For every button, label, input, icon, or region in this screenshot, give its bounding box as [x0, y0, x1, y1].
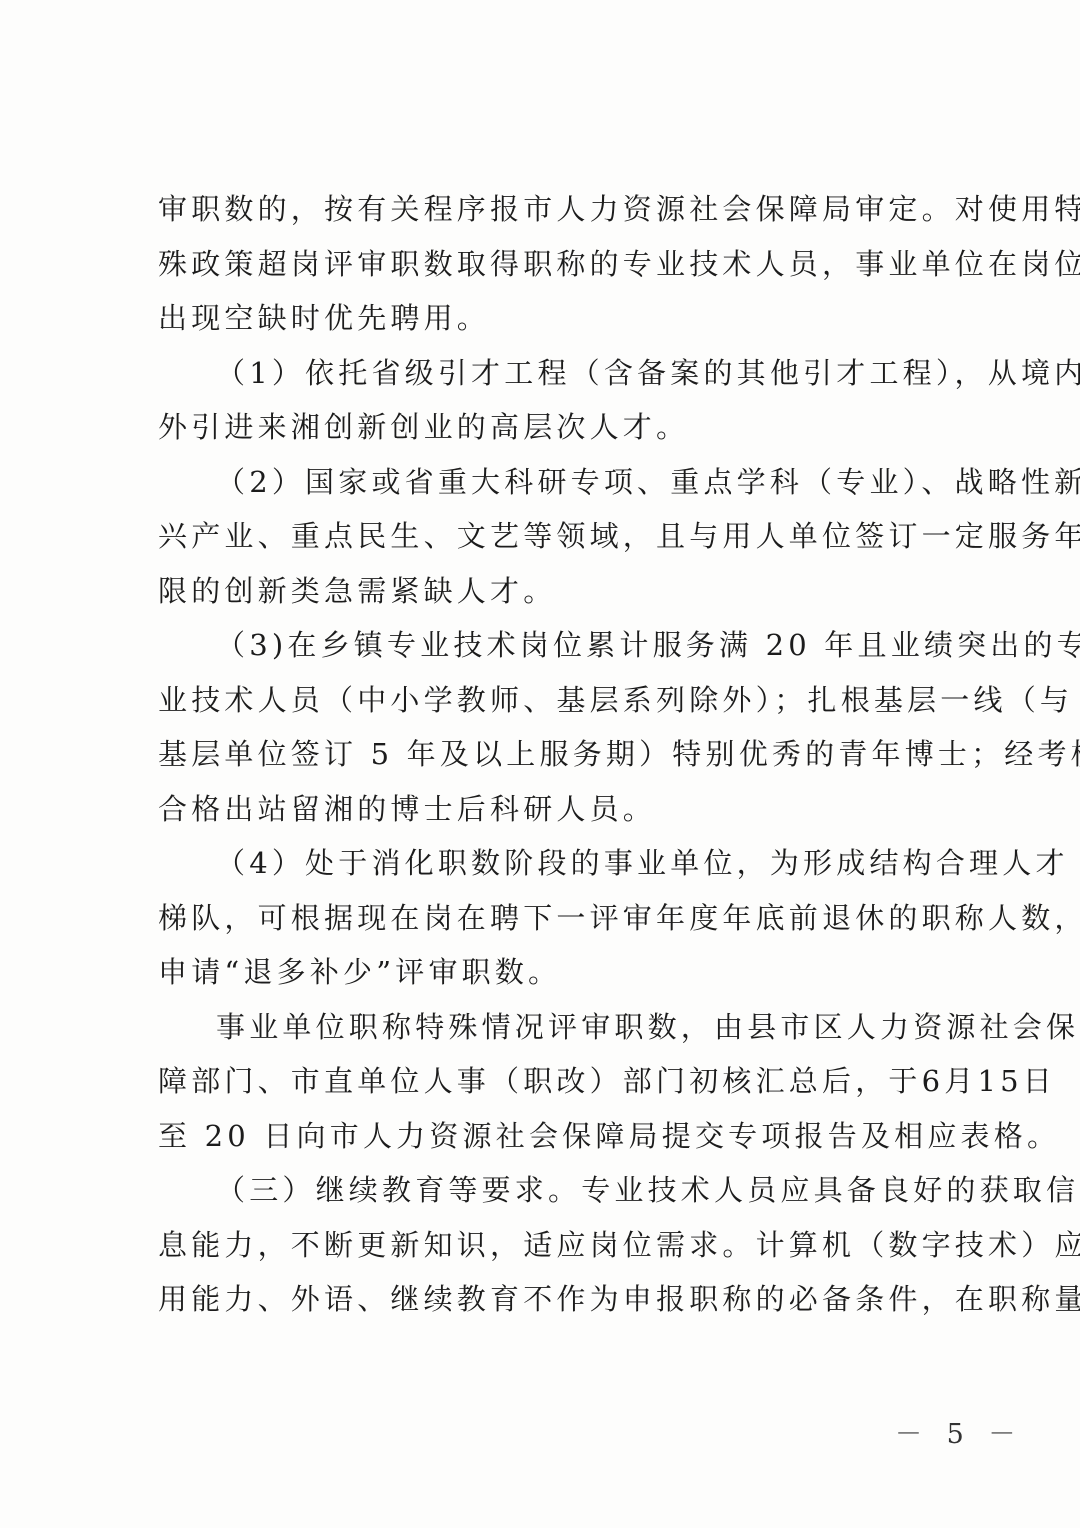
text-line: （2）国家或省重大科研专项、重点学科（专业）、战略性新 [158, 459, 950, 514]
text-line: 基层单位签订 5 年及以上服务期）特别优秀的青年博士；经考核 [158, 731, 950, 786]
text-line: 出现空缺时优先聘用。 [158, 295, 950, 350]
text-line: 殊政策超岗评审职数取得职称的专业技术人员，事业单位在岗位 [158, 241, 950, 296]
text-line: 审职数的，按有关程序报市人力资源社会保障局审定。对使用特 [158, 186, 950, 241]
text-line: 业技术人员（中小学教师、基层系列除外）；扎根基层一线（与 [158, 677, 950, 732]
text-line: 兴产业、重点民生、文艺等领域，且与用人单位签订一定服务年 [158, 513, 950, 568]
text-line: 至 20 日向市人力资源社会保障局提交专项报告及相应表格。 [158, 1113, 950, 1168]
text-line: 外引进来湘创新创业的高层次人才。 [158, 404, 950, 459]
text-line: 合格出站留湘的博士后科研人员。 [158, 786, 950, 841]
text-line: 限的创新类急需紧缺人才。 [158, 568, 950, 623]
text-line: （1）依托省级引才工程（含备案的其他引才工程），从境内 [158, 350, 950, 405]
text-line: 用能力、外语、继续教育不作为申报职称的必备条件，在职称量 [158, 1276, 950, 1331]
text-line: 事业单位职称特殊情况评审职数，由县市区人力资源社会保 [158, 1004, 950, 1059]
document-body: 审职数的，按有关程序报市人力资源社会保障局审定。对使用特 殊政策超岗评审职数取得… [158, 186, 950, 1331]
text-line: （三）继续教育等要求。专业技术人员应具备良好的获取信 [158, 1167, 950, 1222]
text-line: 息能力，不断更新知识，适应岗位需求。计算机（数字技术）应 [158, 1222, 950, 1277]
text-line: （4）处于消化职数阶段的事业单位，为形成结构合理人才 [158, 840, 950, 895]
page-number: － 5 － [895, 1412, 1023, 1451]
text-line: （3)在乡镇专业技术岗位累计服务满 20 年且业绩突出的专 [158, 622, 950, 677]
text-line: 障部门、市直单位人事（职改）部门初核汇总后，于6月15日 [158, 1058, 950, 1113]
text-line: 梯队，可根据现在岗在聘下一评审年度年底前退休的职称人数， [158, 895, 950, 950]
text-line: 申请“退多补少”评审职数。 [158, 949, 950, 1004]
